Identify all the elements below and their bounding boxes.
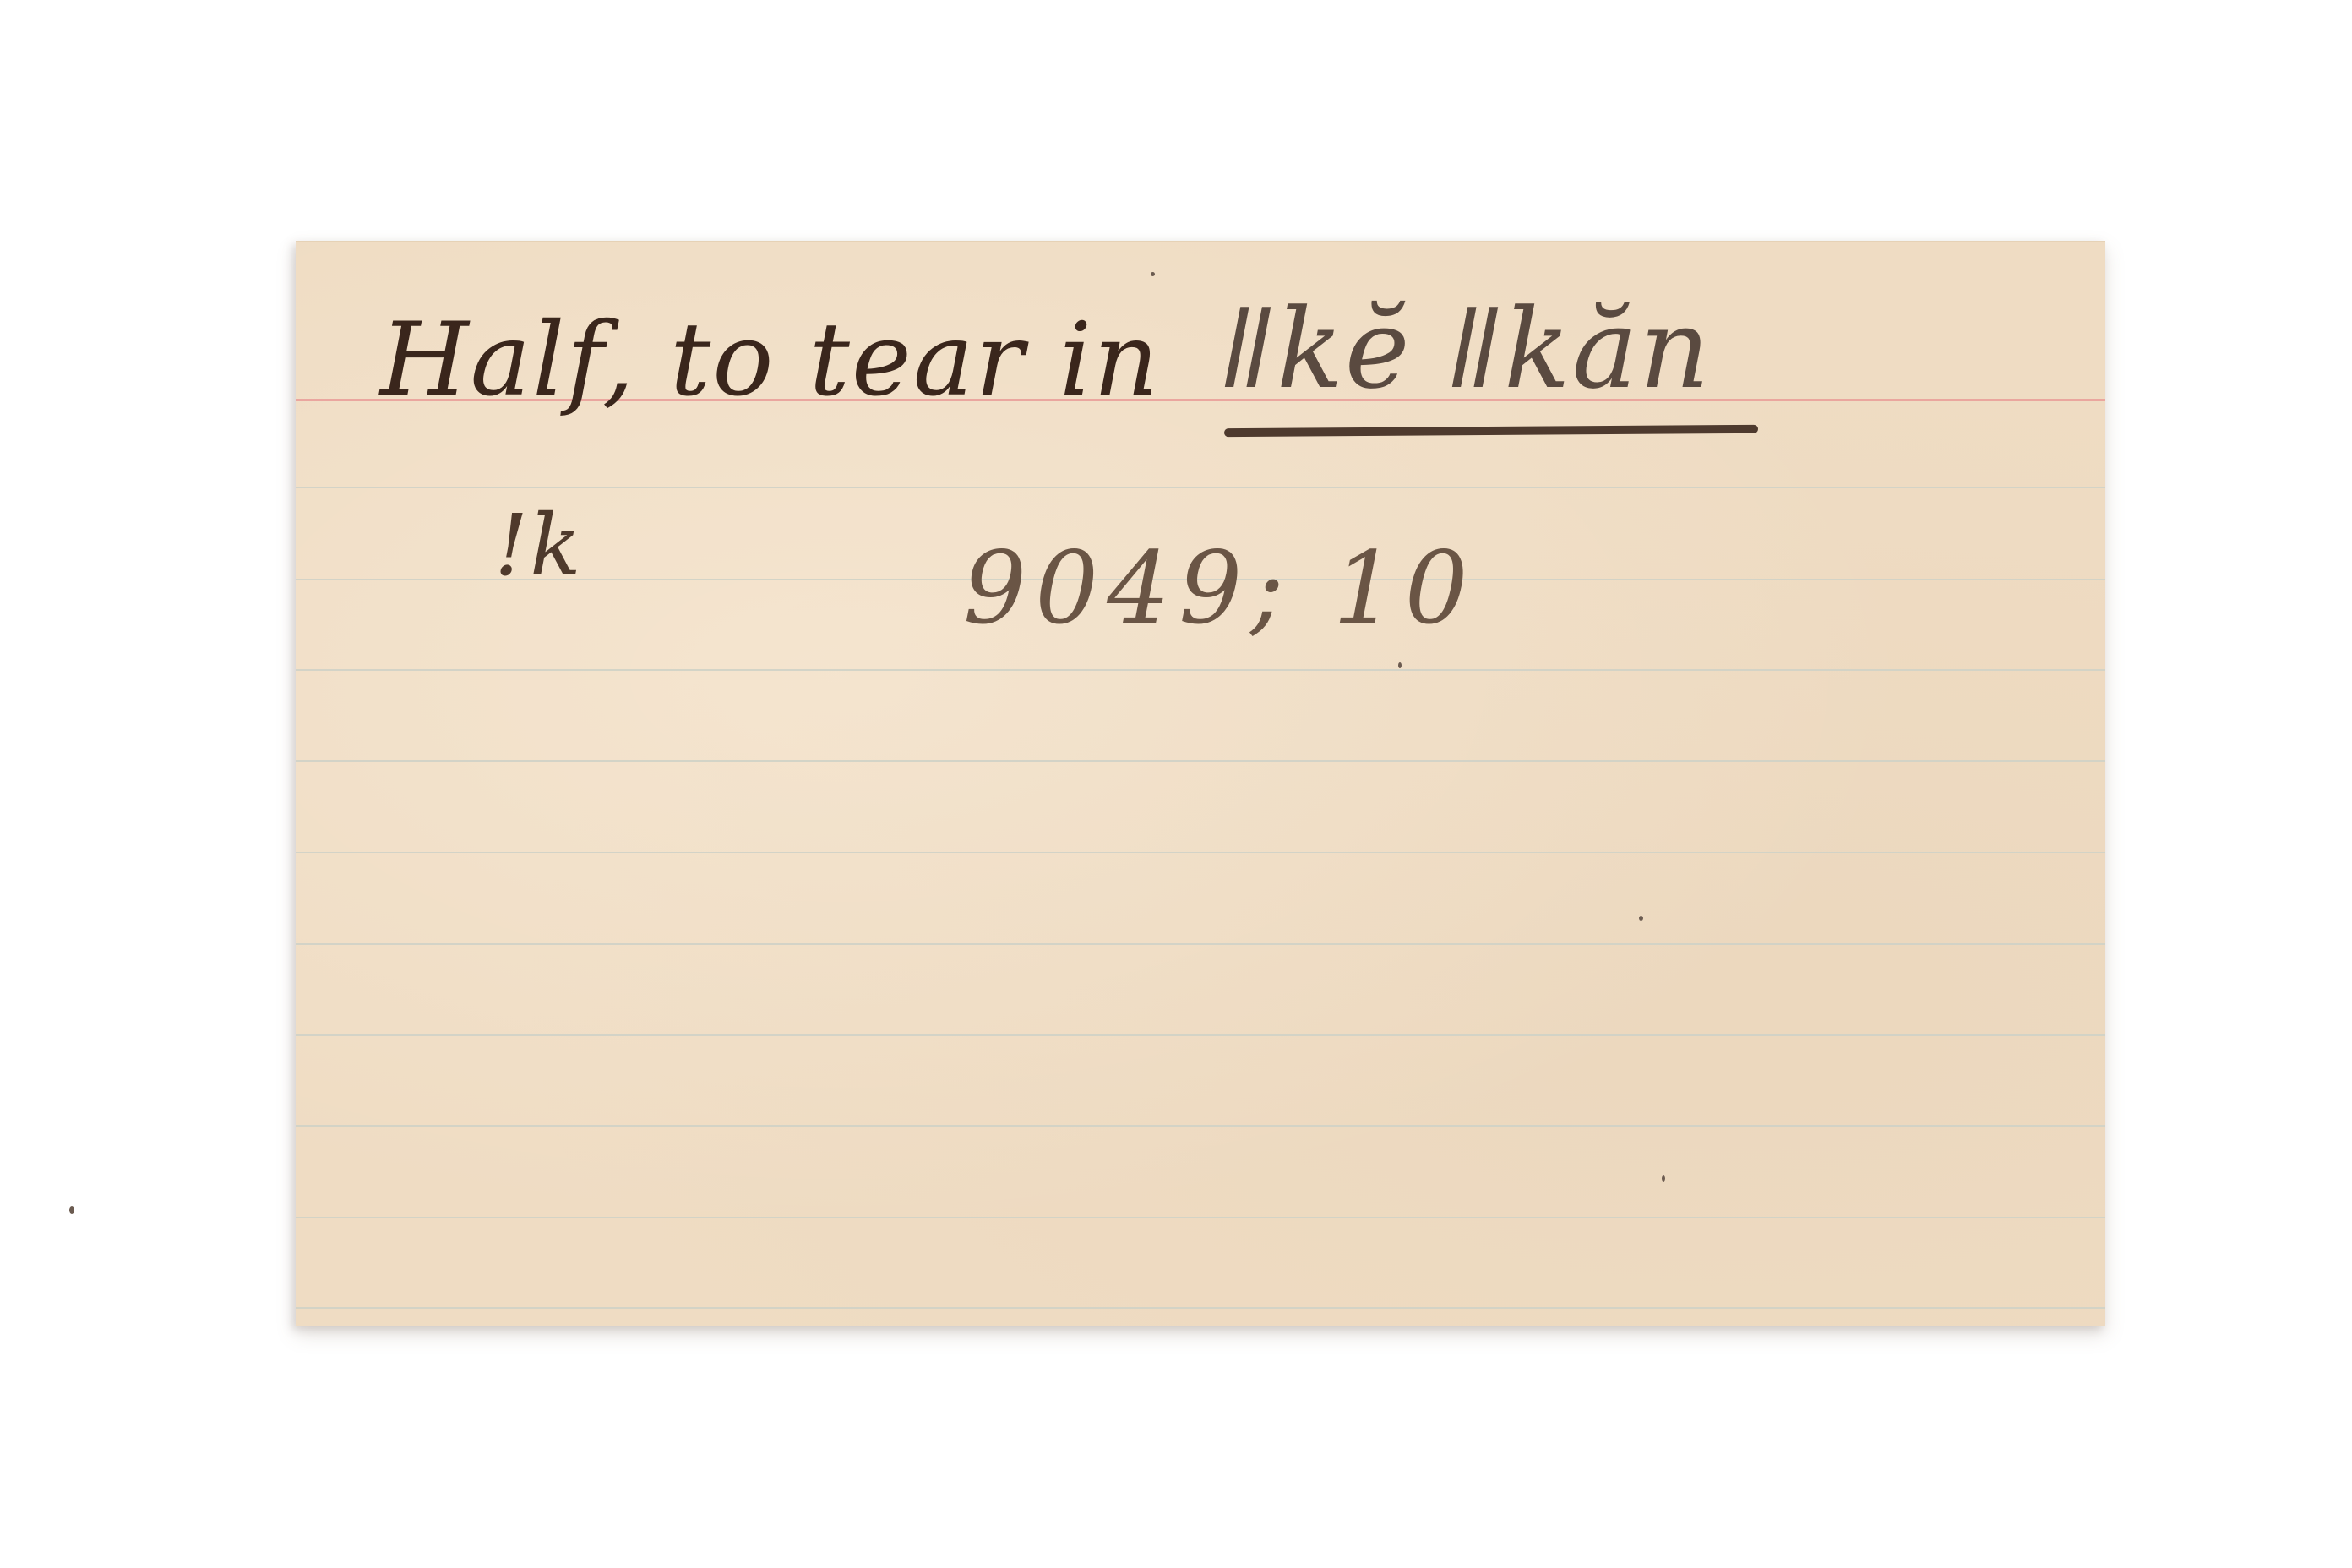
reference-number: 9049; 10 [963,530,1477,646]
ruled-line [296,1217,2105,1218]
paper-speck [1639,916,1643,921]
ruled-line [296,1307,2105,1309]
ruled-line [296,760,2105,762]
headword-text: ǁkĕ ǁkăn [1221,285,1712,413]
paper-speck [1398,662,1402,668]
headword-underline [1224,425,1758,437]
gloss-text: Half, to tear in [380,302,1161,419]
paper-speck [1662,1175,1665,1182]
ruled-line [296,852,2105,853]
ruled-line [296,669,2105,671]
ruled-line [296,943,2105,945]
index-card: Half, to tear in ǁkĕ ǁkăn !k 9049; 10 [296,241,2105,1326]
paper-speck [1151,272,1155,276]
ruled-line [296,1125,2105,1127]
click-symbol-text: !k [494,496,583,595]
ruled-line [296,1034,2105,1036]
background-speck [69,1206,74,1214]
ruled-line [296,487,2105,488]
